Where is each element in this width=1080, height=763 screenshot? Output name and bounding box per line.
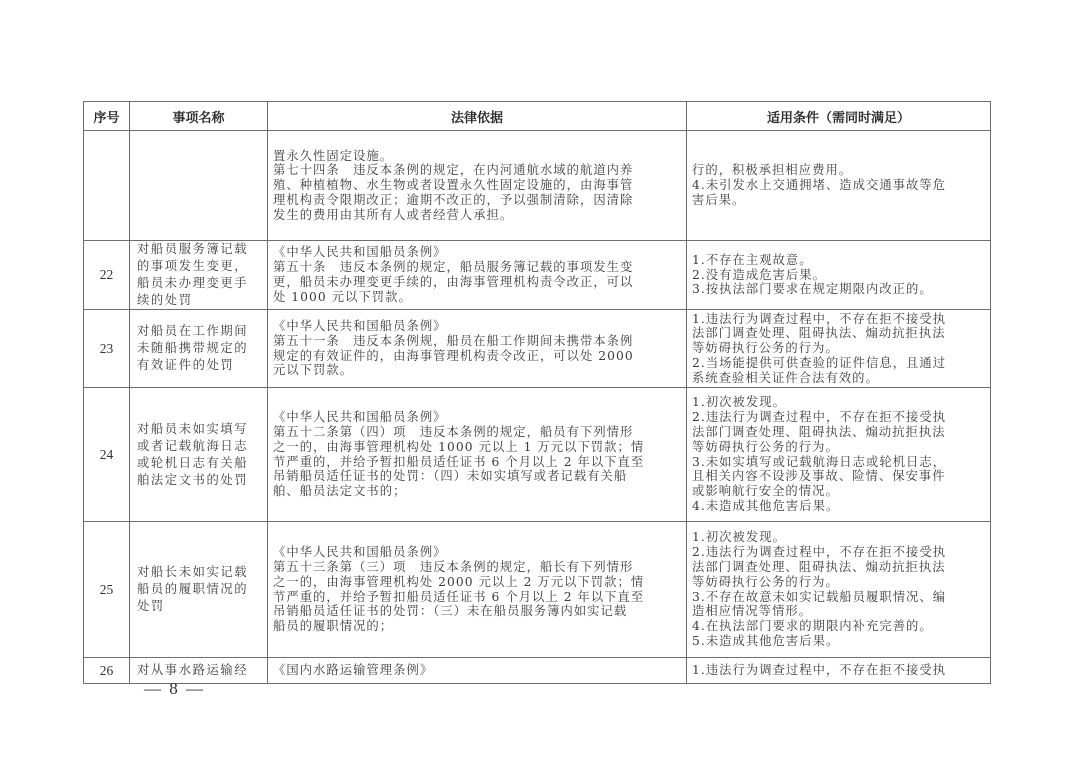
- legal-basis-line: 第五十一条 违反本条例规，船员在船工作期间未携带本条例: [273, 334, 683, 349]
- conditions-line: 等妨碍执行公务的行为。: [692, 575, 987, 590]
- header-index: 序号: [84, 102, 130, 131]
- conditions-line: 1.违法行为调查过程中，不存在拒不接受执: [692, 312, 987, 327]
- conditions-cell: 1.违法行为调查过程中，不存在拒不接受执: [687, 658, 991, 684]
- header-item-name: 事项名称: [130, 102, 268, 131]
- row-index: 26: [84, 658, 130, 684]
- item-name-line: 处罚: [137, 598, 263, 615]
- item-name-cell: [130, 131, 268, 241]
- conditions-line: 法部门调查处理、阻碍执法、煽动抗拒执法: [692, 560, 987, 575]
- conditions-line: 4.在执法部门要求的期限内补充完善的。: [692, 619, 987, 634]
- legal-basis-line: 置永久性固定设施。: [273, 149, 683, 164]
- legal-basis-line: 舶、船员法定文书的；: [273, 484, 683, 499]
- conditions-cell: 1.违法行为调查过程中，不存在拒不接受执法部门调查处理、阻碍执法、煽动抗拒执法等…: [687, 310, 991, 388]
- legal-basis-line: 《中华人民共和国船员条例》: [273, 245, 683, 260]
- legal-basis-line: 节严重的，并给予暂扣船员适任证书 6 个月以上 2 年以下直至: [273, 590, 683, 605]
- conditions-line: 且相关内容不设涉及事故、险情、保安事件: [692, 469, 987, 484]
- legal-basis-line: 之一的，由海事管理机构处 2000 元以上 2 万元以下罚款；情: [273, 575, 683, 590]
- table-row: 25对船长未如实记载船员的履职情况的处罚《中华人民共和国船员条例》第五十三条第（…: [84, 522, 991, 658]
- item-name-line: 的事项发生变更，: [137, 258, 263, 275]
- conditions-line: 3.不存在故意未如实记载船员履职情况、编: [692, 590, 987, 605]
- conditions-line: 或影响航行安全的情况。: [692, 484, 987, 499]
- conditions-line: 1.初次被发现。: [692, 395, 987, 410]
- legal-basis-line: 船员的履职情况的；: [273, 619, 683, 634]
- conditions-line: 行的，积极承担相应费用。: [692, 163, 987, 178]
- item-name-line: 续的处罚: [137, 292, 263, 309]
- item-name-line: 或者记载航海日志: [137, 438, 263, 455]
- conditions-cell: 1.不存在主观故意。2.没有造成危害后果。3.按执法部门要求在规定期限内改正的。: [687, 241, 991, 310]
- row-index: 22: [84, 241, 130, 310]
- legal-basis-cell: 《中华人民共和国船员条例》第五十条 违反本条例的规定，船员服务簿记载的事项发生变…: [268, 241, 687, 310]
- table-row: 置永久性固定设施。第七十四条 违反本条例的规定，在内河通航水域的航道内养殖、种植…: [84, 131, 991, 241]
- item-name-line: 未随船携带规定的: [137, 340, 263, 357]
- conditions-line: 3.未如实填写或记载航海日志或轮机日志，: [692, 455, 987, 470]
- legal-basis-line: 第七十四条 违反本条例的规定，在内河通航水域的航道内养: [273, 163, 683, 178]
- conditions-line: 2.违法行为调查过程中，不存在拒不接受执: [692, 410, 987, 425]
- legal-basis-line: 发生的费用由其所有人或者经营人承担。: [273, 208, 683, 223]
- legal-basis-line: 更，船员未办理变更手续的，由海事管理机构责令改正，可以: [273, 275, 683, 290]
- item-name-line: 对从事水路运输经: [137, 662, 263, 679]
- legal-basis-cell: 置永久性固定设施。第七十四条 违反本条例的规定，在内河通航水域的航道内养殖、种植…: [268, 131, 687, 241]
- legal-basis-cell: 《中华人民共和国船员条例》第五十三条第（三）项 违反本条例的规定，船长有下列情形…: [268, 522, 687, 658]
- conditions-line: 等妨碍执行公务的行为。: [692, 440, 987, 455]
- legal-basis-line: 殖、种植植物、水生物或者设置永久性固定设施的，由海事管: [273, 178, 683, 193]
- conditions-line: 3.按执法部门要求在规定期限内改正的。: [692, 282, 987, 297]
- item-name-cell: 对船员未如实填写或者记载航海日志或轮机日志有关船舶法定文书的处罚: [130, 388, 268, 522]
- conditions-line: 法部门调查处理、阻碍执法、煽动抗拒执法: [692, 326, 987, 341]
- legal-basis-line: 第五十二条第（四）项 违反本条例的规定，船员有下列情形: [273, 425, 683, 440]
- legal-basis-line: 《中华人民共和国船员条例》: [273, 545, 683, 560]
- conditions-line: 法部门调查处理、阻碍执法、煽动抗拒执法: [692, 425, 987, 440]
- row-index: [84, 131, 130, 241]
- legal-basis-line: 节严重的，并给予暂扣船员适任证书 6 个月以上 2 年以下直至: [273, 455, 683, 470]
- header-conditions: 适用条件（需同时满足）: [687, 102, 991, 131]
- conditions-cell: 1.初次被发现。2.违法行为调查过程中，不存在拒不接受执法部门调查处理、阻碍执法…: [687, 388, 991, 522]
- conditions-line: 1.不存在主观故意。: [692, 253, 987, 268]
- table-row: 22对船员服务簿记载的事项发生变更，船员未办理变更手续的处罚《中华人民共和国船员…: [84, 241, 991, 310]
- item-name-line: 船员未办理变更手: [137, 275, 263, 292]
- item-name-line: 船员的履职情况的: [137, 581, 263, 598]
- conditions-line: 2.没有造成危害后果。: [692, 268, 987, 283]
- legal-basis-cell: 《国内水路运输管理条例》: [268, 658, 687, 684]
- conditions-line: 造相应情况等情形。: [692, 604, 987, 619]
- legal-basis-line: 吊销船员适任证书的处罚：（四）未如实填写或者记载有关船: [273, 469, 683, 484]
- table-row: 24对船员未如实填写或者记载航海日志或轮机日志有关船舶法定文书的处罚《中华人民共…: [84, 388, 991, 522]
- conditions-line: 2.当场能提供可供查验的证件信息，且通过: [692, 356, 987, 371]
- table-row: 23对船员在工作期间未随船携带规定的有效证件的处罚《中华人民共和国船员条例》第五…: [84, 310, 991, 388]
- item-name-line: 对船长未如实记载: [137, 564, 263, 581]
- legal-basis-line: 元以下罚款。: [273, 363, 683, 378]
- item-name-line: 对船员未如实填写: [137, 421, 263, 438]
- table-row: 26对从事水路运输经《国内水路运输管理条例》1.违法行为调查过程中，不存在拒不接…: [84, 658, 991, 684]
- conditions-line: 系统查验相关证件合法有效的。: [692, 371, 987, 386]
- legal-basis-line: 吊销船员适任证书的处罚：（三）未在船员服务簿内如实记载: [273, 604, 683, 619]
- legal-basis-line: 第五十条 违反本条例的规定，船员服务簿记载的事项发生变: [273, 260, 683, 275]
- table-header-row: 序号 事项名称 法律依据 适用条件（需同时满足）: [84, 102, 991, 131]
- item-name-line: 对船员服务簿记载: [137, 241, 263, 258]
- conditions-line: 害后果。: [692, 193, 987, 208]
- item-name-cell: 对船员服务簿记载的事项发生变更，船员未办理变更手续的处罚: [130, 241, 268, 310]
- row-index: 24: [84, 388, 130, 522]
- conditions-line: 5.未造成其他危害后果。: [692, 634, 987, 649]
- legal-basis-line: 之一的，由海事管理机构处 1000 元以上 1 万元以下罚款；情: [273, 440, 683, 455]
- legal-basis-line: 《国内水路运输管理条例》: [273, 663, 683, 678]
- row-index: 23: [84, 310, 130, 388]
- row-index: 25: [84, 522, 130, 658]
- legal-basis-line: 《中华人民共和国船员条例》: [273, 319, 683, 334]
- legal-basis-line: 《中华人民共和国船员条例》: [273, 410, 683, 425]
- legal-basis-cell: 《中华人民共和国船员条例》第五十一条 违反本条例规，船员在船工作期间未携带本条例…: [268, 310, 687, 388]
- item-name-cell: 对船长未如实记载船员的履职情况的处罚: [130, 522, 268, 658]
- item-name-line: 舶法定文书的处罚: [137, 472, 263, 489]
- item-name-line: 或轮机日志有关船: [137, 455, 263, 472]
- legal-basis-line: 理机构责令限期改正；逾期不改正的，予以强制清除，因清除: [273, 193, 683, 208]
- law-enforcement-table: 序号 事项名称 法律依据 适用条件（需同时满足） 置永久性固定设施。第七十四条 …: [83, 101, 991, 684]
- page-number: — 8 —: [144, 679, 205, 699]
- conditions-line: 1.违法行为调查过程中，不存在拒不接受执: [692, 663, 987, 678]
- item-name-line: 对船员在工作期间: [137, 323, 263, 340]
- item-name-cell: 对船员在工作期间未随船携带规定的有效证件的处罚: [130, 310, 268, 388]
- conditions-line: 4.未造成其他危害后果。: [692, 499, 987, 514]
- legal-basis-line: 处 1000 元以下罚款。: [273, 290, 683, 305]
- item-name-line: 有效证件的处罚: [137, 357, 263, 374]
- conditions-cell: 行的，积极承担相应费用。4.未引发水上交通拥堵、造成交通事故等危害后果。: [687, 131, 991, 241]
- conditions-line: 1.初次被发现。: [692, 530, 987, 545]
- legal-basis-line: 规定的有效证件的，由海事管理机构责令改正，可以处 2000: [273, 349, 683, 364]
- legal-basis-line: 第五十三条第（三）项 违反本条例的规定，船长有下列情形: [273, 560, 683, 575]
- conditions-cell: 1.初次被发现。2.违法行为调查过程中，不存在拒不接受执法部门调查处理、阻碍执法…: [687, 522, 991, 658]
- legal-basis-cell: 《中华人民共和国船员条例》第五十二条第（四）项 违反本条例的规定，船员有下列情形…: [268, 388, 687, 522]
- conditions-line: 等妨碍执行公务的行为。: [692, 341, 987, 356]
- conditions-line: 4.未引发水上交通拥堵、造成交通事故等危: [692, 178, 987, 193]
- header-legal-basis: 法律依据: [268, 102, 687, 131]
- conditions-line: 2.违法行为调查过程中，不存在拒不接受执: [692, 545, 987, 560]
